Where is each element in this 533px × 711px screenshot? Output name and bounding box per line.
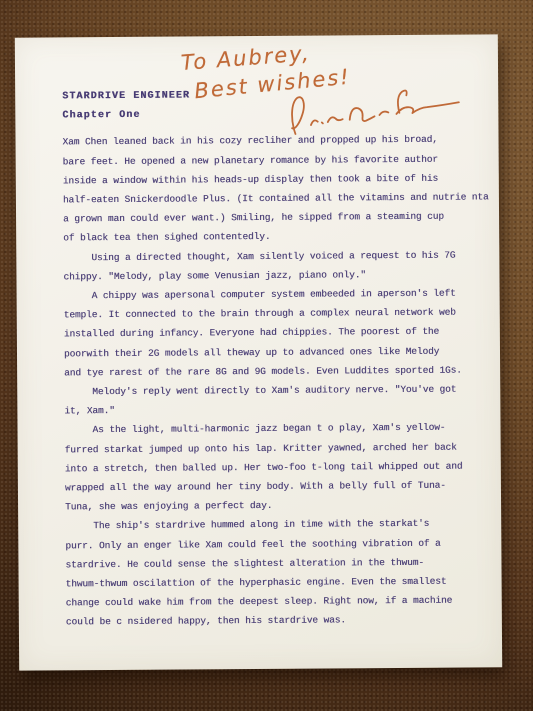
typed-paragraph: A chippy was apersonal computer system e… <box>64 283 490 382</box>
typed-body: Xam Chen leaned back in his cozy reclihe… <box>62 130 491 632</box>
chapter-heading: Chapter One <box>62 104 488 126</box>
typed-paragraph: The ship's stardrive hummed along in tim… <box>65 514 491 632</box>
typed-text-block: STARDRIVE ENGINEER Chapter One Xam Chen … <box>62 84 491 632</box>
typed-paragraph: As the light, multi-harmonic jazz began … <box>64 418 490 517</box>
typed-paragraph: Xam Chen leaned back in his cozy reclihe… <box>62 130 488 248</box>
typed-paragraph: Using a directed thought, Xam silently v… <box>63 245 489 286</box>
typed-paragraph: Melody's reply went directly to Xam's au… <box>64 379 490 420</box>
leather-desk-background: To Aubrey, Best wishes! STARDRIVE ENGINE… <box>0 0 533 711</box>
typewritten-manuscript-page: To Aubrey, Best wishes! STARDRIVE ENGINE… <box>15 34 502 670</box>
